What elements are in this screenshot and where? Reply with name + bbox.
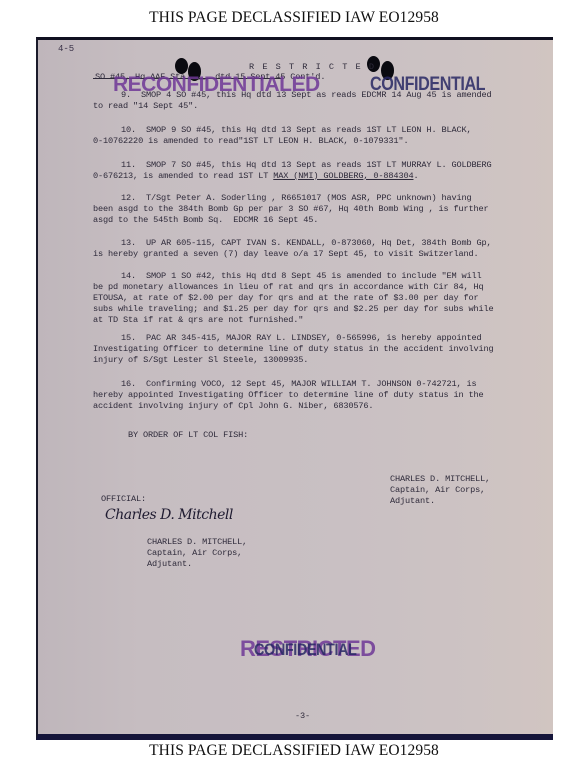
signatory-right-rank: Captain, Air Corps,	[390, 485, 485, 496]
paragraph-line: to read "14 Sept 45".	[93, 101, 198, 112]
paragraph-line: Investigating Officer to determine line …	[93, 344, 494, 355]
paragraph-first-line: 14. SMOP 1 SO #42, this Hq dtd 8 Sept 45…	[121, 271, 482, 282]
paragraph-line: 11. SMOP 7 SO #45, this Hq dtd 13 Sept a…	[121, 160, 492, 171]
official-label: OFFICIAL:	[101, 494, 146, 505]
signatory-right-title: Adjutant.	[390, 496, 435, 507]
paragraph-first-line: 9. SMOP 4 SO #45, this Hq dtd 13 Sept as…	[121, 90, 492, 101]
paragraph-line: been asgd to the 384th Bomb Gp per par 3…	[93, 204, 489, 215]
paragraph-line: subs while traveling; and $1.25 per day …	[93, 304, 494, 315]
declassified-banner-bottom: THIS PAGE DECLASSIFIED IAW EO12958	[0, 742, 588, 760]
paragraph-line: at TD Sta if rat & qrs are not furnished…	[93, 315, 303, 326]
paragraph-line: ETOUSA, at rate of $2.00 per day for qrs…	[93, 293, 479, 304]
paragraph-line: injury of S/Sgt Lester Sl Steele, 130099…	[93, 355, 308, 366]
paragraph-line: accident involving injury of Cpl John G.…	[93, 401, 373, 412]
paragraph-first-line: 12. T/Sgt Peter A. Soderling , R6651017 …	[121, 193, 472, 204]
paragraph-first-line: 10. SMOP 9 SO #45, this Hq dtd 13 Sept a…	[121, 125, 472, 136]
paragraph-first-line: 15. PAC AR 345-415, MAJOR RAY L. LINDSEY…	[121, 333, 482, 344]
page-number: -3-	[295, 711, 310, 722]
paragraph-line: 0-676213, is amended to read 1ST LT MAX …	[93, 171, 418, 182]
signatory-left-name: CHARLES D. MITCHELL,	[147, 537, 247, 548]
paragraph-first-line: 16. Confirming VOCO, 12 Sept 45, MAJOR W…	[121, 379, 477, 390]
signatory-left-title: Adjutant.	[147, 559, 192, 570]
signatory-right-name: CHARLES D. MITCHELL,	[390, 474, 490, 485]
confidential-stamp-bottom: CONFIDENTIAL	[254, 640, 356, 660]
signatory-left-rank: Captain, Air Corps,	[147, 548, 242, 559]
handwritten-signature: Charles D. Mitchell	[105, 507, 233, 523]
paragraph-first-line: 13. UP AR 605-115, CAPT IVAN S. KENDALL,…	[121, 238, 492, 249]
declassified-banner-top: THIS PAGE DECLASSIFIED IAW EO12958	[0, 9, 588, 27]
by-order-line: BY ORDER OF LT COL FISH:	[128, 430, 248, 441]
paragraph-line: asgd to the 545th Bomb Sq. EDCMR 16 Sept…	[93, 215, 318, 226]
paragraph-line: hereby appointed Investigating Officer t…	[93, 390, 484, 401]
amended-name: MAX (NMI) GOLDBERG, 0-884304	[273, 171, 413, 181]
paragraph-line: be pd monetary allowances in lieu of rat…	[93, 282, 484, 293]
corner-mark: 4-5	[58, 44, 74, 54]
paragraph-line: 0-10762220 is amended to read"1ST LT LEO…	[93, 136, 408, 147]
paragraph-line: is hereby granted a seven (7) day leave …	[93, 249, 479, 260]
